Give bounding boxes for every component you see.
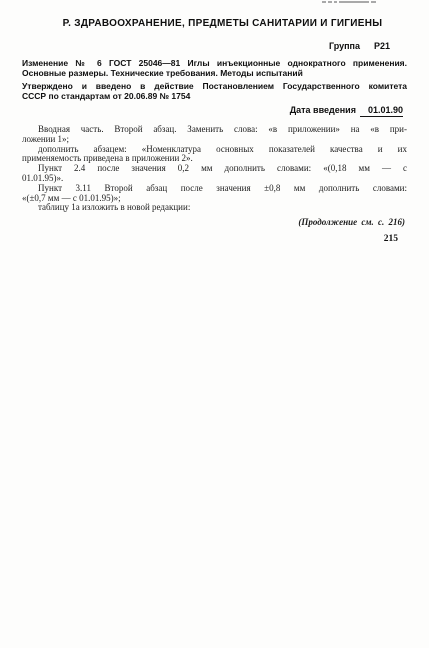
amendment-line: Основные размеры. Технические требования… <box>22 69 407 79</box>
group-code: Р21 <box>374 41 390 51</box>
approval-statement: Утверждено и введено в действие Постанов… <box>22 82 407 102</box>
effective-date-line: Дата введения01.01.90 <box>290 105 403 115</box>
scan-artifact-dash <box>371 1 376 3</box>
group-label: Группа <box>329 41 360 51</box>
group-line: ГруппаР21 <box>329 41 390 51</box>
scan-artifact-dash <box>334 1 337 3</box>
body-text-line: Пункт 2.4 после значения 0,2 мм дополнит… <box>22 164 407 174</box>
page-number: 215 <box>384 234 398 244</box>
scan-artifact-bar <box>339 1 369 3</box>
effective-date-label: Дата введения <box>290 105 356 115</box>
body-text-line: таблицу 1а изложить в новой редакции: <box>22 203 407 213</box>
amendment-body-text: Вводная часть. Второй абзац. Заменить сл… <box>22 125 407 213</box>
document-page: Р. ЗДРАВООХРАНЕНИЕ, ПРЕДМЕТЫ САНИТАРИИ И… <box>0 0 429 648</box>
approval-line: СССР по стандартам от 20.06.89 № 1754 <box>22 92 407 102</box>
amendment-heading: Изменение № 6 ГОСТ 25046—81 Иглы инъекци… <box>22 59 407 79</box>
scan-artifact-dash <box>322 1 326 3</box>
effective-date-value: 01.01.90 <box>360 105 403 117</box>
continuation-note: (Продолжение см. с. 216) <box>298 217 405 227</box>
body-text-line: Вводная часть. Второй абзац. Заменить сл… <box>22 125 407 135</box>
scan-artifact-dash <box>328 1 332 3</box>
section-title: Р. ЗДРАВООХРАНЕНИЕ, ПРЕДМЕТЫ САНИТАРИИ И… <box>30 18 415 29</box>
